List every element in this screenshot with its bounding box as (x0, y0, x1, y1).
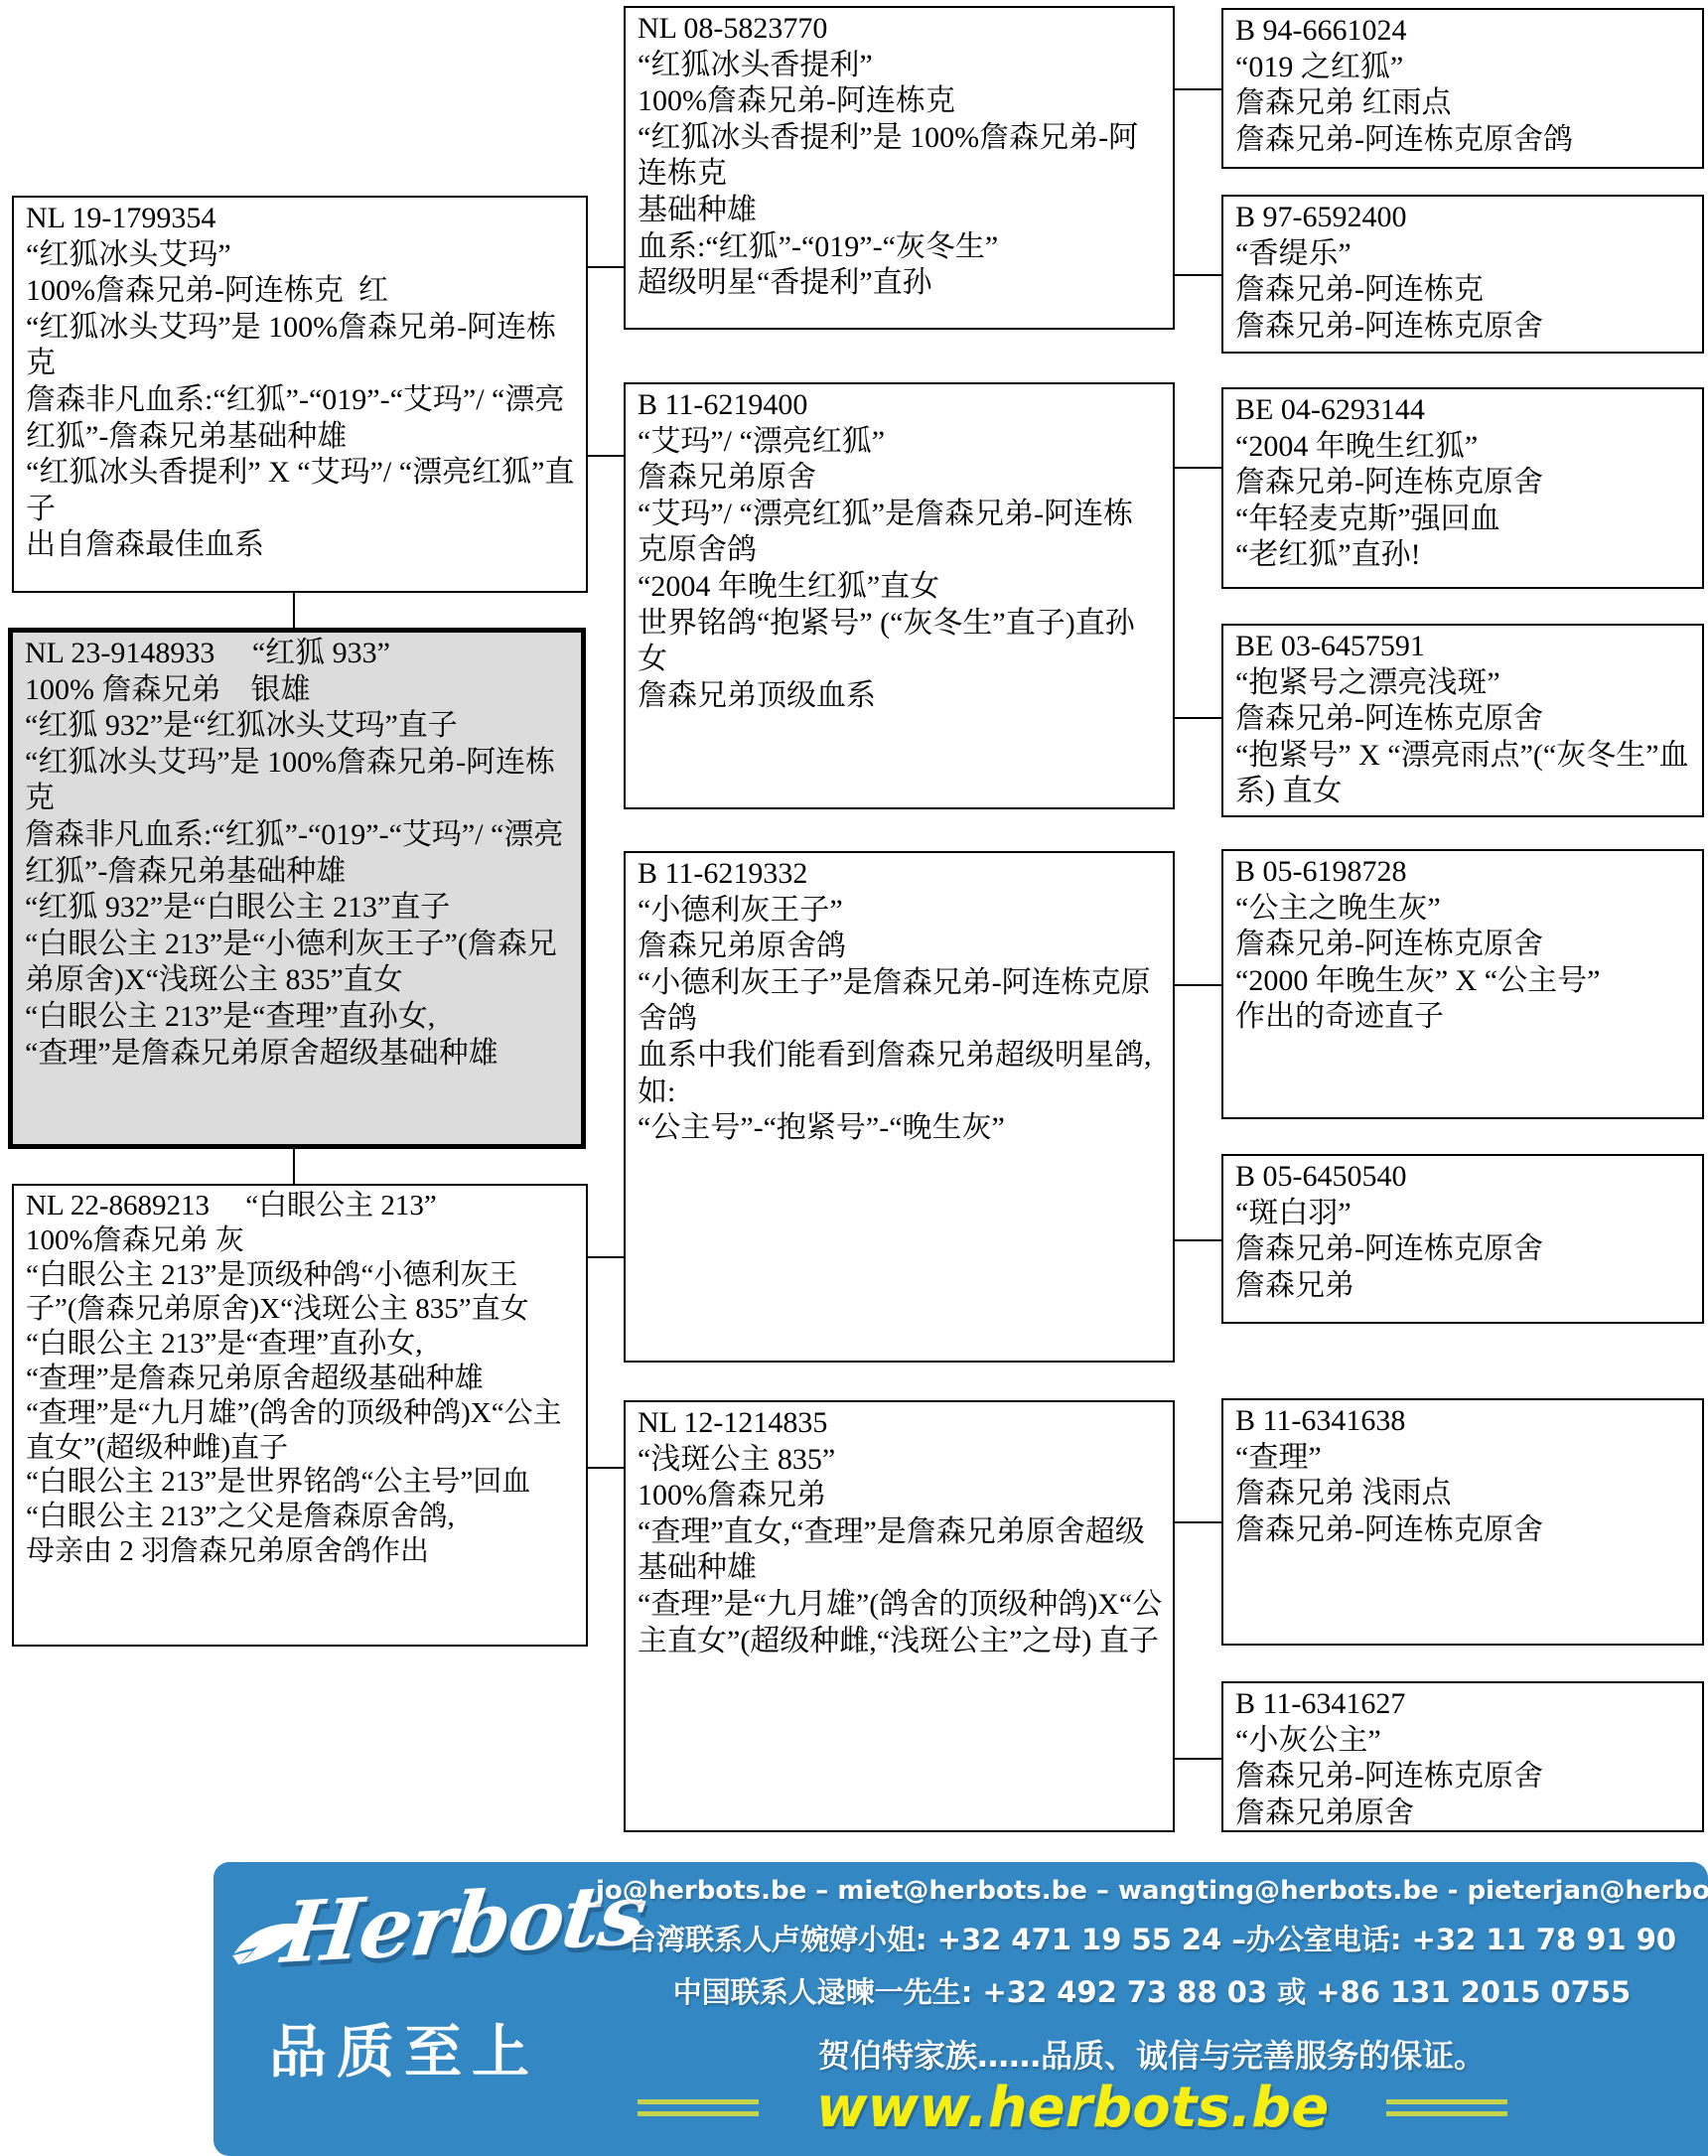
connector-line (1175, 984, 1221, 986)
connector-line (1175, 88, 1221, 90)
pedigree-box-ggp1: B 94-6661024 “019 之红狐” 詹森兄弟 红雨点 詹森兄弟-阿连栋… (1221, 8, 1704, 169)
pedigree-box-ggp3: BE 04-6293144 “2004 年晚生红狐” 詹森兄弟-阿连栋克原舍 “… (1221, 387, 1704, 589)
pedigree-box-paternal-granddam: B 11-6219400 “艾玛”/ “漂亮红狐” 詹森兄弟原舍 “艾玛”/ “… (624, 382, 1175, 809)
pedigree-box-text: B 97-6592400 “香缇乐” 詹森兄弟-阿连栋克 詹森兄弟-阿连栋克原舍 (1235, 200, 1692, 345)
decorative-line-right (1386, 2099, 1507, 2116)
herbots-logo: Herbots (277, 1864, 650, 1982)
pedigree-box-text: BE 03-6457591 “抱紧号之漂亮浅斑” 詹森兄弟-阿连栋克原舍 “抱紧… (1235, 629, 1692, 810)
connector-line (1175, 274, 1221, 276)
footer-tagline: 贺伯特家族……品质、诚信与完善服务的保证。 (596, 2031, 1708, 2077)
pedigree-box-ggp6: B 05-6450540 “斑白羽” 詹森兄弟-阿连栋克原舍 詹森兄弟 (1221, 1154, 1704, 1324)
pedigree-box-subject-text: NL 23-9148933 “红狐 933” 100% 詹森兄弟 银雄 “红狐 … (25, 636, 571, 1072)
connector-line (1175, 467, 1221, 469)
connector-line (293, 1149, 295, 1184)
pedigree-box-text: NL 08-5823770 “红狐冰头香提利” 100%詹森兄弟-阿连栋克 “红… (638, 11, 1163, 302)
pedigree-box-text: B 05-6198728 “公主之晚生灰” 詹森兄弟-阿连栋克原舍 “2000 … (1235, 854, 1692, 1036)
website-row: www.herbots.be (511, 2073, 1634, 2142)
connector-line (293, 593, 295, 628)
connector-line (588, 1467, 624, 1469)
pedigree-box-subject: NL 23-9148933 “红狐 933” 100% 詹森兄弟 银雄 “红狐 … (8, 628, 586, 1149)
pedigree-box-maternal-grandsire: B 11-6219332 “小德利灰王子” 詹森兄弟原舍鸽 “小德利灰王子”是詹… (624, 851, 1175, 1363)
connector-line (1175, 1758, 1221, 1760)
connector-line (1175, 1521, 1221, 1523)
connector-line (1175, 717, 1221, 719)
pedigree-box-text: NL 12-1214835 “浅斑公主 835” 100%詹森兄弟 “查理”直女… (638, 1405, 1163, 1659)
pedigree-box-paternal-grandsire: NL 08-5823770 “红狐冰头香提利” 100%詹森兄弟-阿连栋克 “红… (624, 6, 1175, 330)
pedigree-box-text: B 94-6661024 “019 之红狐” 詹森兄弟 红雨点 詹森兄弟-阿连栋… (1235, 13, 1692, 158)
pedigree-box-father: NL 19-1799354 “红狐冰头艾玛” 100%詹森兄弟-阿连栋克 红 “… (12, 196, 588, 593)
website-url: www.herbots.be (816, 2076, 1329, 2140)
contact-taiwan: 台湾联系人卢婉婷小姐: +32 471 19 55 24 –办公室电话: +32… (596, 1918, 1708, 1958)
pedigree-box-text: B 11-6341627 “小灰公主” 詹森兄弟-阿连栋克原舍 詹森兄弟原舍 (1235, 1686, 1692, 1831)
pedigree-box-mother-text: NL 22-8689213 “白眼公主 213” 100%詹森兄弟 灰 “白眼公… (26, 1189, 576, 1569)
pedigree-box-ggp2: B 97-6592400 “香缇乐” 詹森兄弟-阿连栋克 詹森兄弟-阿连栋克原舍 (1221, 195, 1704, 354)
contact-block: jo@herbots.be – miet@herbots.be – wangti… (596, 1876, 1708, 2077)
pedigree-box-mother: NL 22-8689213 “白眼公主 213” 100%詹森兄弟 灰 “白眼公… (12, 1184, 588, 1647)
pedigree-box-text: B 11-6219400 “艾玛”/ “漂亮红狐” 詹森兄弟原舍 “艾玛”/ “… (638, 387, 1163, 714)
decorative-line-left (638, 2099, 759, 2116)
footer-banner: Herbots 品质至上 jo@herbots.be – miet@herbot… (213, 1862, 1708, 2156)
pedigree-box-text: B 11-6219332 “小德利灰王子” 詹森兄弟原舍鸽 “小德利灰王子”是詹… (638, 856, 1163, 1147)
brand-slogan: 品质至上 (269, 2005, 539, 2088)
pedigree-box-ggp7: B 11-6341638 “查理” 詹森兄弟 浅雨点 詹森兄弟-阿连栋克原舍 (1221, 1398, 1704, 1646)
herbots-logo-block: Herbots 品质至上 (227, 1874, 625, 1993)
pedigree-box-father-text: NL 19-1799354 “红狐冰头艾玛” 100%詹森兄弟-阿连栋克 红 “… (26, 201, 576, 564)
connector-line (1175, 1239, 1221, 1241)
connector-line (588, 1256, 624, 1258)
pedigree-page: NL 19-1799354 “红狐冰头艾玛” 100%詹森兄弟-阿连栋克 红 “… (0, 0, 1708, 2156)
pedigree-box-text: B 05-6450540 “斑白羽” 詹森兄弟-阿连栋克原舍 詹森兄弟 (1235, 1159, 1692, 1304)
connector-line (588, 266, 624, 268)
pedigree-box-ggp4: BE 03-6457591 “抱紧号之漂亮浅斑” 詹森兄弟-阿连栋克原舍 “抱紧… (1221, 624, 1704, 817)
pedigree-box-text: B 11-6341638 “查理” 詹森兄弟 浅雨点 詹森兄弟-阿连栋克原舍 (1235, 1403, 1692, 1548)
pedigree-box-maternal-granddam: NL 12-1214835 “浅斑公主 835” 100%詹森兄弟 “查理”直女… (624, 1400, 1175, 1832)
pedigree-box-text: BE 04-6293144 “2004 年晚生红狐” 詹森兄弟-阿连栋克原舍 “… (1235, 392, 1692, 574)
pedigree-box-ggp8: B 11-6341627 “小灰公主” 詹森兄弟-阿连栋克原舍 詹森兄弟原舍 (1221, 1681, 1704, 1832)
connector-line (588, 455, 624, 457)
contact-china: 中国联系人逯暕一先生: +32 492 73 88 03 或 +86 131 2… (596, 1970, 1708, 2011)
contact-emails: jo@herbots.be – miet@herbots.be – wangti… (596, 1876, 1708, 1906)
pedigree-box-ggp5: B 05-6198728 “公主之晚生灰” 詹森兄弟-阿连栋克原舍 “2000 … (1221, 849, 1704, 1119)
